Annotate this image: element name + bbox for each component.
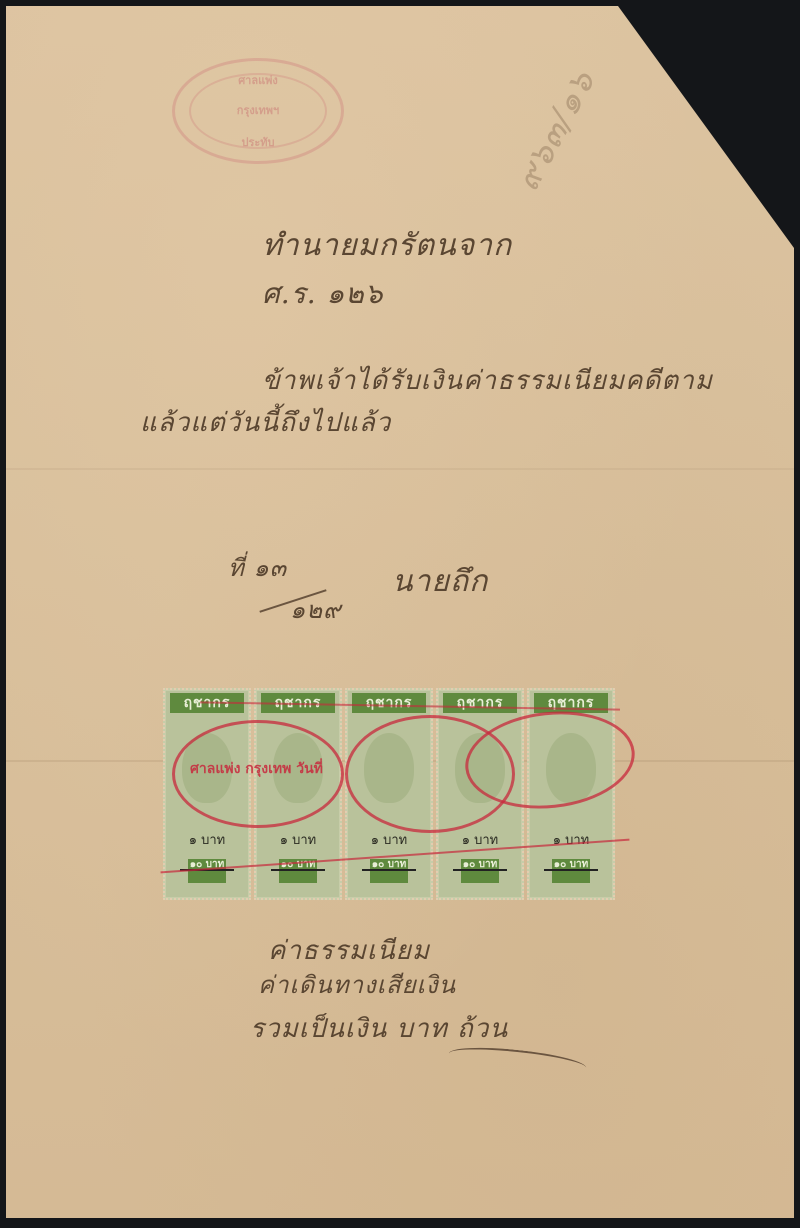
closing-line-3: รวมเป็นเงิน บาท ถ้วน xyxy=(250,1008,508,1049)
cancellation-seal-text: ศาลแพ่ง กรุงเทพ วันที่ xyxy=(190,758,323,780)
item-number: ที่ ๑๓ xyxy=(228,548,287,587)
strikethrough xyxy=(362,869,416,871)
stamp-value: ๑ บาท xyxy=(530,829,612,850)
stamp-value: ๑ บาท xyxy=(257,829,339,850)
header-seal: ศาลแพ่ง กรุงเทพฯ ประทับ xyxy=(172,58,344,164)
handwriting-line-1: ทำนายมกรัตนจาก xyxy=(262,222,512,269)
item-sub-number: ๑๒๙ xyxy=(290,590,342,629)
stamp-original-value: ๑๐ บาท xyxy=(552,859,590,883)
seal-text-top: ศาลแพ่ง xyxy=(175,71,341,89)
stamp-original-value: ๑๐ บาท xyxy=(370,859,408,883)
handwriting-line-2: ศ.ร. ๑๒๖ xyxy=(262,272,384,316)
seal-text-bottom: ประทับ xyxy=(175,133,341,151)
fold-crease xyxy=(6,468,794,470)
strikethrough xyxy=(544,869,598,871)
strikethrough xyxy=(453,869,507,871)
handwriting-line-3: ข้าพเจ้าได้รับเงินค่าธรรมเนียมคดีตาม xyxy=(262,360,713,401)
seal-text-mid: กรุงเทพฯ xyxy=(175,101,341,119)
handwriting-line-4: แล้วแต่วันนี้ถึงไปแล้ว xyxy=(140,402,391,443)
stamp-header: ฤชากร xyxy=(443,693,517,713)
stamp-original-value: ๑๐ บาท xyxy=(461,859,499,883)
person-name: นายถึก xyxy=(392,558,488,605)
stamp-value: ๑ บาท xyxy=(166,829,248,850)
stamp-header: ฤชากร xyxy=(352,693,426,713)
closing-line-2: ค่าเดินทางเสียเงิน xyxy=(258,965,456,1004)
strikethrough xyxy=(271,869,325,871)
